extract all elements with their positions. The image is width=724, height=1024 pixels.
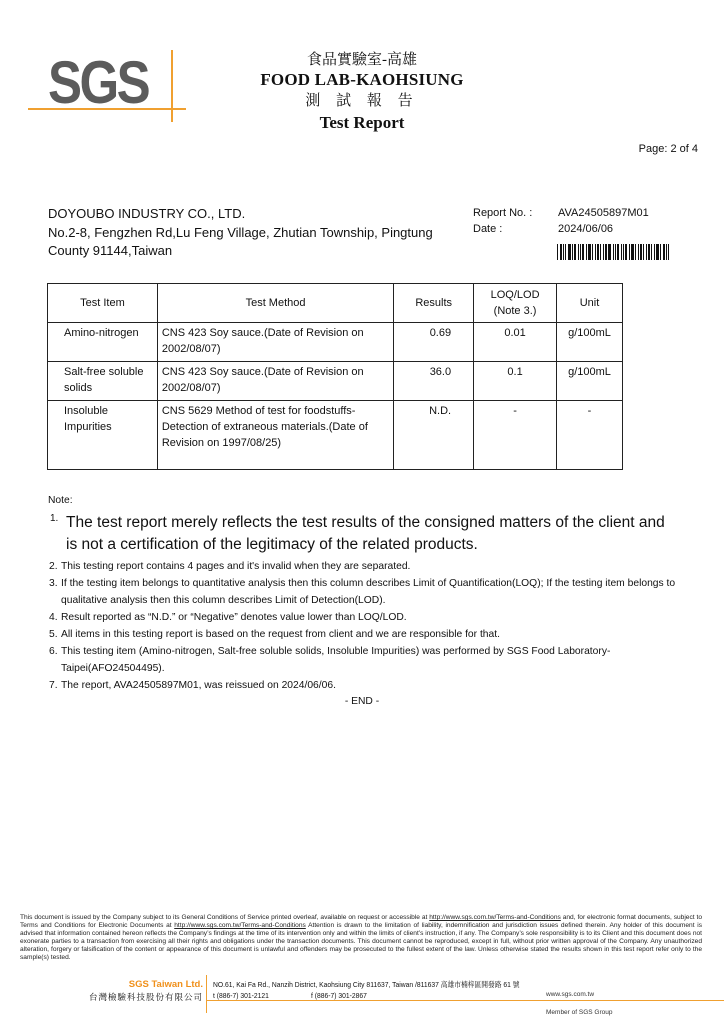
footer-phone: t (886-7) 301-2121 [213, 990, 269, 1002]
note-item: 1.The test report merely reflects the te… [48, 512, 678, 556]
table-header-row: Test Item Test Method Results LOQ/LOD (N… [48, 284, 623, 323]
results-table: Test Item Test Method Results LOQ/LOD (N… [47, 283, 623, 470]
note-text: The report, AVA24505897M01, was reissued… [61, 680, 336, 691]
note-item: 2.This testing report contains 4 pages a… [48, 558, 678, 575]
date-value: 2024/06/06 [558, 223, 613, 235]
logo-horizontal-line [28, 108, 186, 110]
note-item: 4.Result reported as “N.D.” or “Negative… [48, 609, 678, 626]
report-title-en: Test Report [200, 112, 524, 134]
note-number: 7. [49, 677, 58, 694]
note-number: 6. [49, 643, 58, 660]
note-text: All items in this testing report is base… [61, 629, 500, 640]
header-loq-lod-line2: (Note 3.) [478, 303, 552, 319]
footer-company-en: SGS Taiwan Ltd. [55, 979, 203, 991]
footer-horizontal-divider [206, 1000, 724, 1001]
cell-test-item: Amino-nitrogen [48, 323, 158, 362]
end-marker: - END - [0, 696, 724, 707]
cell-results: N.D. [394, 401, 474, 470]
note-item: 5.All items in this testing report is ba… [48, 626, 678, 643]
client-name: DOYOUBO INDUSTRY CO., LTD. [48, 205, 433, 224]
report-meta: Report No. :AVA24505897M01 Date :2024/06… [473, 205, 649, 237]
cell-results: 0.69 [394, 323, 474, 362]
note-number: 2. [49, 558, 58, 575]
date-row: Date :2024/06/06 [473, 221, 649, 237]
note-text: The test report merely reflects the test… [66, 514, 665, 553]
table-row: Salt-free soluble solids CNS 423 Soy sau… [48, 362, 623, 401]
cell-unit: g/100mL [557, 362, 623, 401]
footer-vertical-divider [206, 975, 207, 1013]
notes-title: Note: [48, 492, 678, 509]
header-results: Results [394, 284, 474, 323]
terms-link[interactable]: http://www.sgs.com.tw/Terms-and-Conditio… [429, 914, 561, 921]
client-address-line1: No.2-8, Fengzhen Rd,Lu Feng Village, Zhu… [48, 224, 433, 243]
note-number: 5. [49, 626, 58, 643]
sgs-logo: SGS [28, 52, 168, 114]
cell-unit: - [557, 401, 623, 470]
report-no-row: Report No. :AVA24505897M01 [473, 205, 649, 221]
cell-test-method: CNS 5629 Method of test for foodstuffs-D… [157, 401, 393, 470]
client-address-line2: County 91144,Taiwan [48, 242, 433, 261]
client-block: DOYOUBO INDUSTRY CO., LTD. No.2-8, Fengz… [48, 205, 433, 261]
notes-section: Note: 1.The test report merely reflects … [48, 492, 678, 694]
footer-company-zh: 台灣檢驗科技股份有限公司 [55, 991, 203, 1003]
cell-test-item: Insoluble Impurities [48, 401, 158, 470]
table-row: Insoluble Impurities CNS 5629 Method of … [48, 401, 623, 470]
note-text: Result reported as “N.D.” or “Negative” … [61, 612, 407, 623]
disclaimer-text: This document is issued by the Company s… [20, 914, 429, 921]
note-number: 1. [50, 508, 58, 530]
note-item: 6.This testing item (Amino-nitrogen, Sal… [48, 643, 678, 677]
cell-test-item: Salt-free soluble solids [48, 362, 158, 401]
report-no-value: AVA24505897M01 [558, 207, 649, 219]
cell-unit: g/100mL [557, 323, 623, 362]
logo-text: SGS [48, 52, 148, 114]
barcode-icon [557, 244, 679, 260]
date-label: Date : [473, 221, 558, 237]
notes-list: 1.The test report merely reflects the te… [48, 512, 678, 694]
cell-loq-lod: 0.01 [474, 323, 557, 362]
cell-loq-lod: 0.1 [474, 362, 557, 401]
footer-company: SGS Taiwan Ltd. 台灣檢驗科技股份有限公司 [55, 979, 203, 1003]
footer-fax: f (886-7) 301-2867 [311, 990, 367, 1002]
header-unit: Unit [557, 284, 623, 323]
note-item: 7.The report, AVA24505897M01, was reissu… [48, 677, 678, 694]
note-number: 3. [49, 575, 58, 592]
footer-member: Member of SGS Group [546, 1009, 612, 1016]
cell-test-method: CNS 423 Soy sauce.(Date of Revision on 2… [157, 362, 393, 401]
disclaimer: This document is issued by the Company s… [20, 914, 702, 963]
cell-test-method: CNS 423 Soy sauce.(Date of Revision on 2… [157, 323, 393, 362]
footer-website[interactable]: www.sgs.com.tw [546, 991, 594, 998]
table-row: Amino-nitrogen CNS 423 Soy sauce.(Date o… [48, 323, 623, 362]
note-item: 3.If the testing item belongs to quantit… [48, 575, 678, 609]
electronic-terms-link[interactable]: http://www.sgs.com.tw/Terms-and-Conditio… [174, 922, 306, 929]
header-loq-lod-line1: LOQ/LOD [478, 287, 552, 303]
lab-name-zh: 食品實驗室-高雄 [200, 50, 524, 70]
cell-loq-lod: - [474, 401, 557, 470]
note-text: This testing item (Amino-nitrogen, Salt-… [61, 646, 610, 674]
note-text: This testing report contains 4 pages and… [61, 561, 410, 572]
logo-vertical-line [171, 50, 173, 122]
cell-results: 36.0 [394, 362, 474, 401]
lab-name-en: FOOD LAB-KAOHSIUNG [200, 70, 524, 90]
header-test-method: Test Method [157, 284, 393, 323]
report-no-label: Report No. : [473, 205, 558, 221]
header-loq-lod: LOQ/LOD (Note 3.) [474, 284, 557, 323]
report-title-zh: 測 試 報 告 [200, 90, 524, 112]
note-text: If the testing item belongs to quantitat… [61, 578, 675, 606]
note-number: 4. [49, 609, 58, 626]
report-header: 食品實驗室-高雄 FOOD LAB-KAOHSIUNG 測 試 報 告 Test… [200, 50, 524, 134]
page-number: Page: 2 of 4 [639, 143, 698, 155]
header-test-item: Test Item [48, 284, 158, 323]
